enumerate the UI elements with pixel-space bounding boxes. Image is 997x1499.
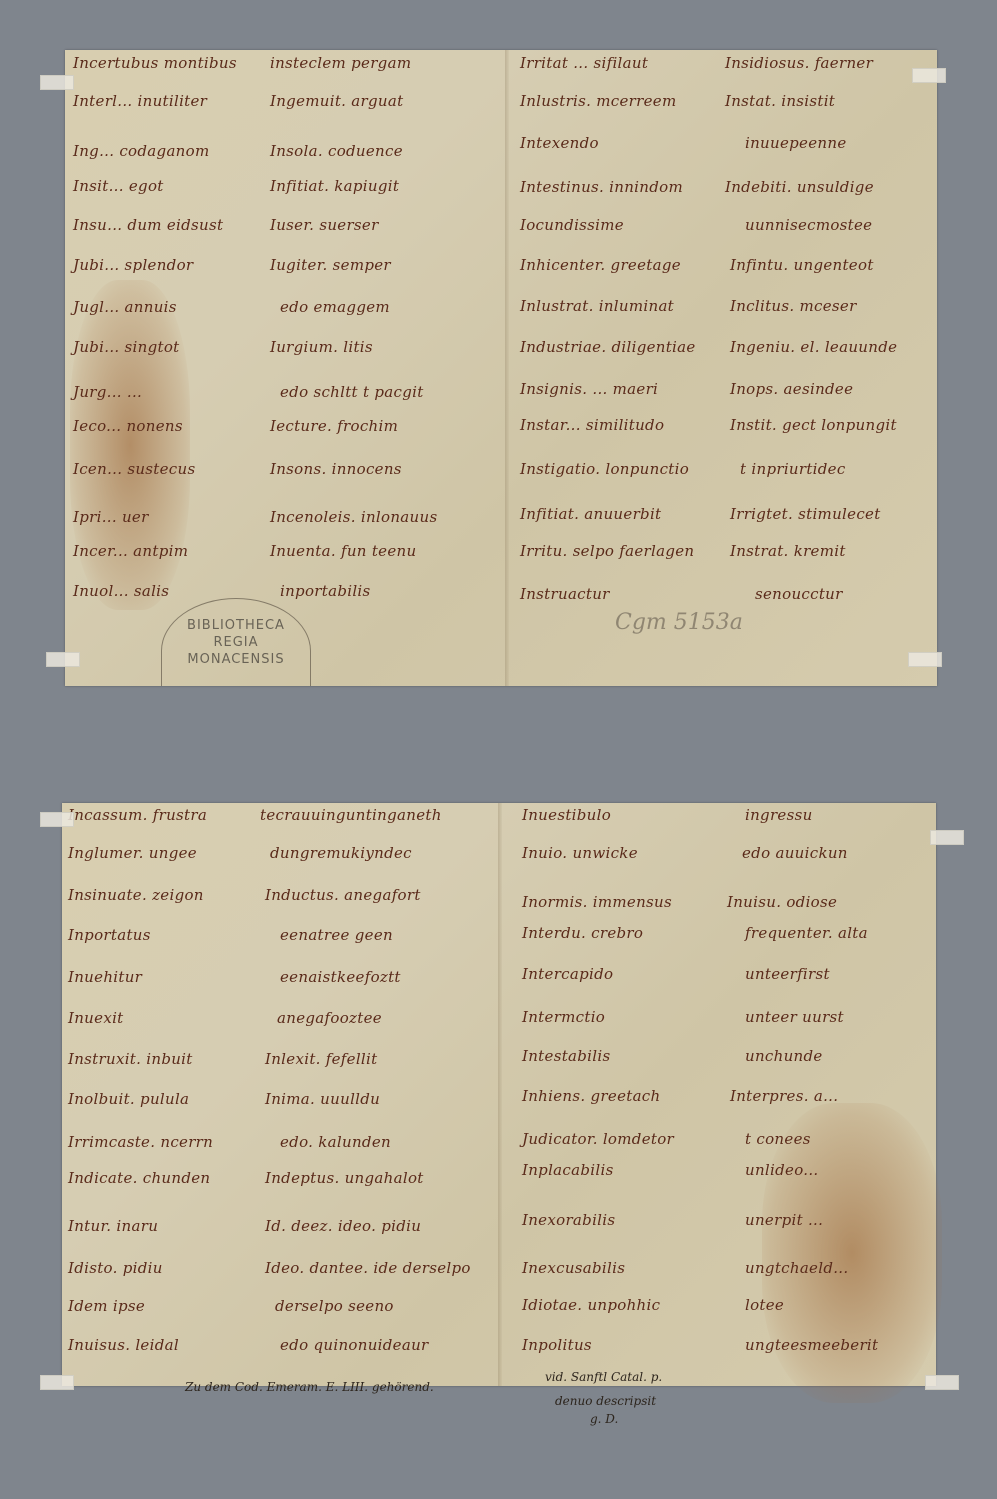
gloss-line: Inormis. immensus [522,893,672,911]
water-stain [70,280,190,610]
gloss-line: Inexorabilis [522,1211,615,1229]
gloss-line: unerpit ... [745,1211,823,1229]
gloss-line: Iecture. frochim [270,417,398,435]
gloss-line: Judicator. lomdetor [522,1130,674,1148]
mounting-tape [925,1375,959,1390]
stamp-line: BIBLIOTHECA [162,617,310,634]
gloss-line: Ieco... nonens [73,417,183,435]
archival-note-right-3: g. D. [590,1412,618,1426]
archival-note-left: Zu dem Cod. Emeram. E. LIII. gehörend. [185,1380,434,1394]
gloss-line: Intur. inaru [68,1217,158,1235]
archival-note-right-2: denuo descripsit [555,1394,656,1408]
gloss-line: frequenter. alta [745,924,868,942]
mounting-tape [908,652,942,667]
gloss-line: Intermctio [522,1008,605,1026]
gloss-line: Insinuate. zeigon [68,886,204,904]
mounting-tape [930,830,964,845]
gloss-line: unteerfirst [745,965,830,983]
gloss-line: Incer... antpim [73,542,188,560]
gloss-line: Jubi... singtot [73,338,180,356]
gloss-line: inuuepeenne [745,134,847,152]
gloss-line: Inuestibulo [522,806,611,824]
archival-note-right-1: vid. Sanftl Catal. p. [545,1370,662,1384]
gloss-line: Interpres. a... [730,1087,838,1105]
gloss-line: Instat. insistit [725,92,835,110]
gloss-line: Ing... codaganom [73,142,210,160]
gloss-line: edo quinonuideaur [280,1336,429,1354]
top-folio: Incertubus montibus Interl... inutiliter… [65,50,937,686]
gloss-line: Inpolitus [522,1336,592,1354]
gloss-line: Inolbuit. pulula [68,1090,189,1108]
gloss-line: t conees [745,1130,811,1148]
gloss-line: Infintu. ungenteot [730,256,874,274]
gloss-line: Infitiat. kapiugit [270,177,399,195]
library-stamp: BIBLIOTHECA REGIA MONACENSIS [161,598,311,686]
gloss-line: Irrigtet. stimulecet [730,505,881,523]
gloss-line: unteer uurst [745,1008,844,1026]
gloss-line: Insu... dum eidsust [73,216,223,234]
center-fold [498,803,502,1386]
gloss-line: Inuol... salis [73,582,169,600]
gloss-line: Industriae. diligentiae [520,338,696,356]
shelfmark: Cgm 5153a [615,610,743,635]
gloss-line: Insignis. ... maeri [520,380,658,398]
gloss-line: Inexcusabilis [522,1259,625,1277]
gloss-line: Incertubus montibus [73,54,237,72]
gloss-line: Inops. aesindee [730,380,853,398]
gloss-line: Insit... egot [73,177,164,195]
gloss-line: Inlustrat. inluminat [520,297,674,315]
gloss-line: lotee [745,1296,784,1314]
gloss-line: Jurg... ... [73,383,142,401]
gloss-line: Ipri... uer [73,508,149,526]
gloss-line: Interl... inutiliter [73,92,207,110]
stamp-line: MONACENSIS [162,651,310,668]
gloss-line: Ideo. dantee. ide derselpo [265,1259,471,1277]
mounting-tape [912,68,946,83]
gloss-line: Jubi... splendor [73,256,193,274]
gloss-line: uunnisecmostee [745,216,872,234]
gloss-line: eenaistkeefoztt [280,968,401,986]
gloss-line: Insidiosus. faerner [725,54,873,72]
gloss-line: anegafooztee [277,1009,382,1027]
gloss-line: Idisto. pidiu [68,1259,163,1277]
gloss-line: edo emaggem [280,298,390,316]
gloss-line: unchunde [745,1047,823,1065]
gloss-line: edo auuickun [742,844,848,862]
gloss-line: Insola. coduence [270,142,403,160]
gloss-line: Iugiter. semper [270,256,391,274]
gloss-line: t inpriurtidec [740,460,846,478]
gloss-line: Irritu. selpo faerlagen [520,542,694,560]
mounting-tape [40,812,74,827]
mounting-tape [46,652,80,667]
gloss-line: ungteesmeeberit [745,1336,878,1354]
gloss-line: Iurgium. litis [270,338,373,356]
gloss-line: ungtchaeld... [745,1259,848,1277]
gloss-line: Intestinus. innindom [520,178,683,196]
gloss-line: Instruxit. inbuit [68,1050,193,1068]
gloss-line: Inclitus. mceser [730,297,857,315]
mounting-tape [40,75,74,90]
gloss-line: Inuio. unwicke [522,844,638,862]
gloss-line: Instit. gect lonpungit [730,416,897,434]
gloss-line: Irritat ... sifilaut [520,54,648,72]
gloss-line: edo. kalunden [280,1133,391,1151]
water-stain [762,1103,942,1403]
gloss-line: Inlexit. fefellit [265,1050,377,1068]
gloss-line: Inuexit [68,1009,124,1027]
bottom-folio: Incassum. frustra Inglumer. ungee Insinu… [62,803,936,1386]
gloss-line: Inplacabilis [522,1161,614,1179]
gloss-line: Intercapido [522,965,613,983]
gloss-line: Irrimcaste. ncerrn [68,1133,213,1151]
gloss-line: Inlustris. mcerreem [520,92,677,110]
gloss-line: derselpo seeno [275,1297,394,1315]
mounting-tape [40,1375,74,1390]
gloss-line: Inuehitur [68,968,142,986]
gloss-line: insteclem pergam [270,54,411,72]
gloss-line: dungremukiyndec [270,844,412,862]
gloss-line: eenatree geen [280,926,393,944]
gloss-line: senoucctur [755,585,843,603]
gloss-line: Inuisus. leidal [68,1336,179,1354]
gloss-line: Indicate. chunden [68,1169,210,1187]
gloss-line: Inima. uuulldu [265,1090,380,1108]
gloss-line: Instruactur [520,585,610,603]
stamp-line: REGIA [162,634,310,651]
gloss-line: edo schltt t pacgit [280,383,424,401]
gloss-line: Intexendo [520,134,599,152]
gloss-line: Insons. innocens [270,460,402,478]
gloss-line: Jugl... annuis [73,298,177,316]
gloss-line: Iuser. suerser [270,216,379,234]
gloss-line: Instrat. kremit [730,542,846,560]
gloss-line: Incassum. frustra [68,806,207,824]
gloss-line: unlideo... [745,1161,818,1179]
gloss-line: Interdu. crebro [522,924,643,942]
gloss-line: inportabilis [280,582,371,600]
gloss-line: Instigatio. lonpunctio [520,460,689,478]
gloss-line: tecrauuinguntinganeth [260,806,442,824]
gloss-line: Indebiti. unsuldige [725,178,874,196]
gloss-line: Ingeniu. el. leauunde [730,338,897,356]
gloss-line: Id. deez. ideo. pidiu [265,1217,421,1235]
gloss-line: Idem ipse [68,1297,145,1315]
gloss-line: Inportatus [68,926,151,944]
gloss-line: Inhiens. greetach [522,1087,660,1105]
gloss-line: Instar... similitudo [520,416,664,434]
gloss-line: Inuenta. fun teenu [270,542,416,560]
gloss-line: Icen... sustecus [73,460,195,478]
center-fold [505,50,509,686]
gloss-line: Indeptus. ungahalot [265,1169,424,1187]
gloss-line: Inhicenter. greetage [520,256,681,274]
gloss-line: Ingemuit. arguat [270,92,403,110]
gloss-line: Intestabilis [522,1047,610,1065]
gloss-line: Infitiat. anuuerbit [520,505,661,523]
gloss-line: Incenoleis. inlonauus [270,508,437,526]
gloss-line: Inductus. anegafort [265,886,421,904]
gloss-line: Idiotae. unpohhic [522,1296,660,1314]
gloss-line: ingressu [745,806,813,824]
gloss-line: Inglumer. ungee [68,844,197,862]
gloss-line: Iocundissime [520,216,624,234]
gloss-line: Inuisu. odiose [727,893,837,911]
